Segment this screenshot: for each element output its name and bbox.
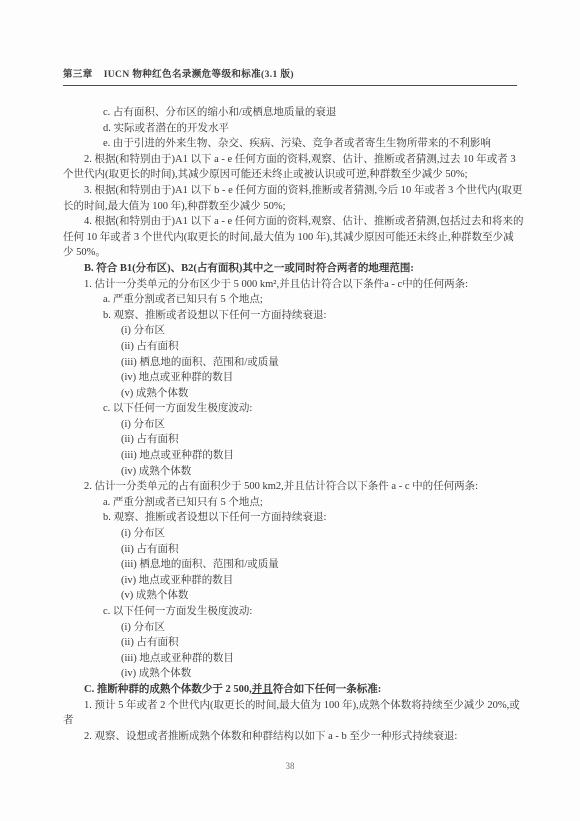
text-line: B. 符合 B1(分布区)、B2(占有面积)其中之一或同时符合两者的地理范围: [63,261,517,277]
text-line: 长的时间,最大值为 100 年),种群数至少减少 50%; [63,199,517,215]
document-page: 第三章IUCN 物种红色名录濒危等级和标准(3.1 版) c. 占有面积、分布区… [0,0,580,821]
text-line: (i) 分布区 [63,417,517,433]
page-number: 38 [0,761,580,771]
text-line: (iii) 栖息地的面积、范围和/或质量 [63,557,517,573]
text-line: 少 50%。 [63,245,517,261]
text-line: (v) 成熟个体数 [63,588,517,604]
text-line: (ii) 占有面积 [63,542,517,558]
text-line: (ii) 占有面积 [63,339,517,355]
document-body: c. 占有面积、分布区的缩小和/或栖息地质量的衰退d. 实际或者潜在的开发水平e… [63,105,517,744]
text-line: C. 推断种群的成熟个体数少于 2 500,并且符合如下任何一条标准: [63,682,517,698]
text-line: a. 严重分割或者已知只有 5 个地点; [63,495,517,511]
chapter-number: 第三章 [63,70,93,80]
text-line: 2. 观察、设想或者推断成熟个体数和种群结构以如下 a - b 至少一种形式持续… [63,729,517,745]
text-line: (iv) 地点或亚种群的数目 [63,370,517,386]
text-line: d. 实际或者潜在的开发水平 [63,121,517,137]
text-line: (iii) 地点或亚种群的数目 [63,448,517,464]
text-line: (iv) 地点或亚种群的数目 [63,573,517,589]
text-line: c. 占有面积、分布区的缩小和/或栖息地质量的衰退 [63,105,517,121]
text-line: 个世代内(取更长的时间),其减少原因可能还未终止或被认识或可逆,种群数至少减少 … [63,167,517,183]
text-line: (iii) 栖息地的面积、范围和/或质量 [63,355,517,371]
text-line: 者 [63,713,517,729]
text-line: c. 以下任何一方面发生极度波动: [63,401,517,417]
text-line: c. 以下任何一方面发生极度波动: [63,604,517,620]
text-line: (iii) 地点或亚种群的数目 [63,651,517,667]
header-rule [63,85,517,86]
text-line: (i) 分布区 [63,526,517,542]
text-line: (ii) 占有面积 [63,635,517,651]
text-line: 3. 根据(和特别由于)A1 以下 b - e 任何方面的资料,推断或者猜测,今… [63,183,517,199]
text-line: 4. 根据(和特别由于)A1 以下 a - e 任何方面的资料,观察、估计、推断… [63,214,517,230]
chapter-title: IUCN 物种红色名录濒危等级和标准(3.1 版) [104,70,294,80]
text-line: (ii) 占有面积 [63,432,517,448]
text-line: 2. 根据(和特别由于)A1 以下 a - e 任何方面的资料,观察、估计、推断… [63,152,517,168]
text-line: (v) 成熟个体数 [63,386,517,402]
text-line: b. 观察、推断或者设想以下任何一方面持续衰退: [63,510,517,526]
text-line: a. 严重分割或者已知只有 5 个地点; [63,292,517,308]
text-line: (i) 分布区 [63,620,517,636]
text-line: (iv) 成熟个体数 [63,666,517,682]
text-line: (iv) 成熟个体数 [63,464,517,480]
text-line: 2. 估计一分类单元的占有面积少于 500 km2,并且估计符合以下条件 a -… [63,479,517,495]
text-line: (i) 分布区 [63,323,517,339]
text-line: 任何 10 年或者 3 个世代内(取更长的时间,最大值为 100 年),其减少原… [63,230,517,246]
text-segment: C. 推断种群的成熟个体数少于 2 500, [84,684,252,695]
chapter-header: 第三章IUCN 物种红色名录濒危等级和标准(3.1 版) [63,66,517,80]
text-line: 1. 估计一分类单元的分布区少于 5 000 km²,并且估计符合以下条件a -… [63,277,517,293]
text-line: b. 观察、推断或者设想以下任何一方面持续衰退: [63,308,517,324]
text-segment: 符合如下任何一条标准: [273,684,382,695]
text-line: 1. 预计 5 年或者 2 个世代内(取更长的时间,最大值为 100 年),成熟… [63,698,517,714]
text-line: e. 由于引进的外来生物、杂交、疾病、污染、竞争者或者寄生生物所带来的不利影响 [63,136,517,152]
underlined-text-segment: 并且 [252,684,273,695]
